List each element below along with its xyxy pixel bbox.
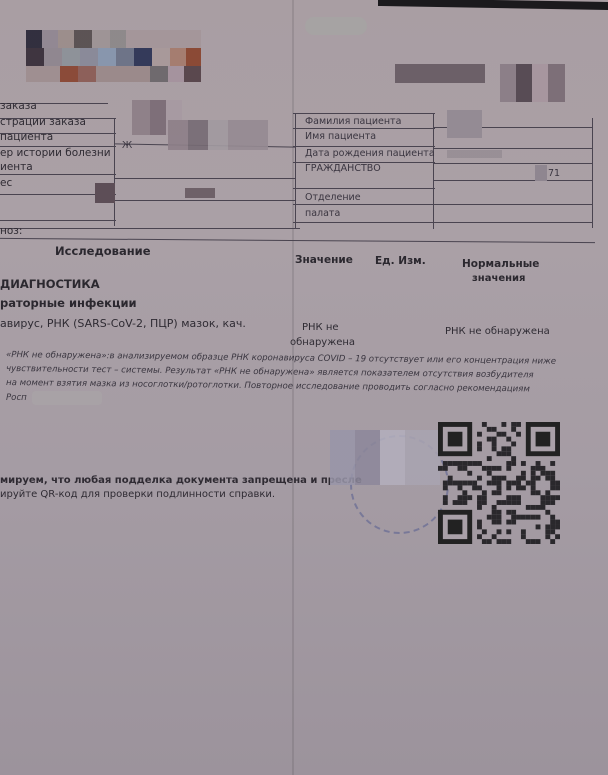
photo-background-edge <box>378 0 608 10</box>
test-normal: РНК не обнаружена <box>445 326 550 337</box>
subsection-title: раторные инфекции <box>0 296 137 310</box>
history-number-label: ер истории болезни <box>0 147 111 159</box>
redacted-address <box>95 183 115 203</box>
redacted-header-right <box>395 64 485 83</box>
redacted-address-2 <box>185 188 215 198</box>
redacted-stamp <box>330 430 440 485</box>
test-name: авирус, РНК (SARS-CoV-2, ПЦР) мазок, кач… <box>0 317 246 330</box>
redacted-last-name <box>447 110 482 138</box>
footer-line-2: ируйте QR-код для проверки подлинности с… <box>0 489 275 500</box>
test-value: РНК не <box>302 322 339 333</box>
diagnosis-label: ноз: <box>0 225 22 237</box>
unit-header: Ед. Изм. <box>375 255 426 267</box>
redacted-logo-row3 <box>26 66 201 82</box>
note-line-4: Росп <box>6 393 27 403</box>
first-name-label: Имя пациента <box>305 131 376 142</box>
value-header: Значение <box>295 254 353 266</box>
redacted-note-tail <box>32 391 102 405</box>
redacted-title <box>305 17 367 35</box>
redacted-logo-row2 <box>26 48 201 66</box>
redacted-birth-date <box>447 150 502 158</box>
normal-header-2: значения <box>472 273 525 284</box>
citizenship-label: ГРАЖДАНСТВО <box>305 163 381 174</box>
section-title: ДИАГНОСТИКА <box>0 277 100 291</box>
address-label: ес <box>0 177 12 189</box>
footer-line-1: мируем, что любая подделка документа зап… <box>0 475 362 486</box>
redacted-registration <box>168 120 268 150</box>
ward-label: палата <box>305 208 340 219</box>
qr-code-icon[interactable] <box>438 422 560 544</box>
history-number-label-2: иента <box>0 161 33 173</box>
redacted-citizenship <box>535 165 547 181</box>
last-name-label: Фамилия пациента <box>305 116 401 127</box>
normal-header: Нормальные <box>462 258 539 270</box>
birth-date-label: Дата рождения пациента <box>305 148 435 159</box>
patient-sex-label: пациента <box>0 131 53 143</box>
order-registration-label: страции заказа <box>0 116 86 128</box>
order-label: заказа <box>0 100 37 112</box>
study-header: Исследование <box>55 244 151 258</box>
test-value-2: обнаружена <box>290 337 355 348</box>
citizenship-value: 71 <box>548 168 560 179</box>
patient-sex-value: Ж <box>122 140 132 151</box>
department-label: Отделение <box>305 192 361 203</box>
redacted-header-right-2 <box>500 64 565 102</box>
